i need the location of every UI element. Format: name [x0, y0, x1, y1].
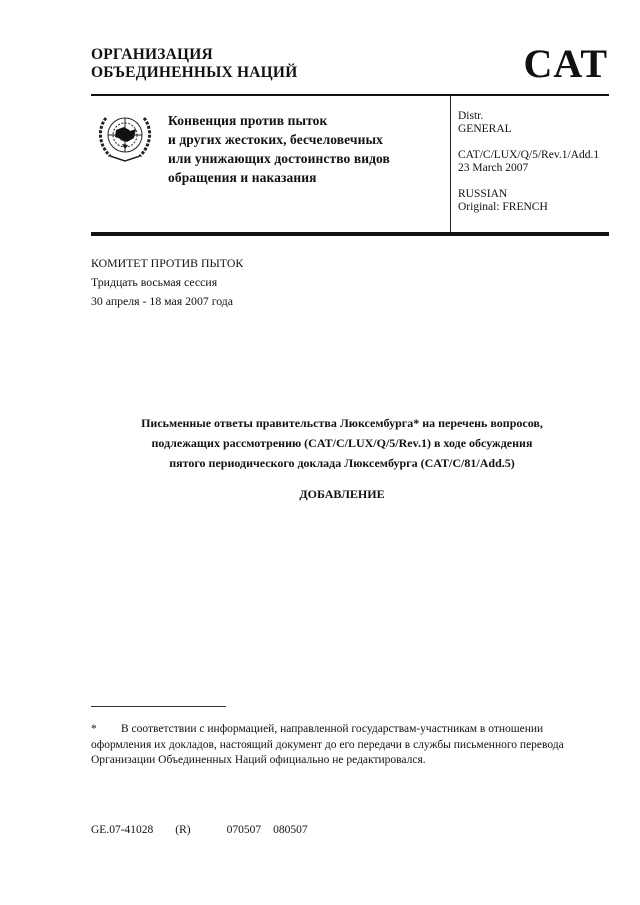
distribution-group: Distr. GENERAL: [458, 110, 599, 136]
header-column-divider: [450, 96, 451, 233]
document-symbol: CAT/C/LUX/Q/5/Rev.1/Add.1: [458, 149, 599, 162]
un-emblem-icon: [94, 108, 156, 164]
symbol-date-group: CAT/C/LUX/Q/5/Rev.1/Add.1 23 March 2007: [458, 149, 599, 175]
document-series-symbol: CAT: [524, 42, 608, 86]
document-title: Письменные ответы правительства Люксембу…: [91, 413, 593, 473]
footnote-marker: *: [91, 722, 121, 738]
language-group: RUSSIAN Original: FRENCH: [458, 188, 599, 214]
job-number: GE.07-41028: [91, 824, 153, 836]
committee-info: КОМИТЕТ ПРОТИВ ПЫТОК Тридцать восьмая се…: [91, 254, 243, 311]
organization-line-2: ОБЪЕДИНЕННЫХ НАЦИЙ: [91, 64, 297, 82]
distr-label: Distr.: [458, 110, 599, 123]
convention-line: Конвенция против пыток: [168, 111, 390, 130]
organization-name: ОРГАНИЗАЦИЯ ОБЪЕДИНЕННЫХ НАЦИЙ: [91, 46, 297, 82]
document-date: 23 March 2007: [458, 162, 599, 175]
convention-line: обращения и наказания: [168, 168, 390, 187]
convention-line: и других жестоких, бесчеловечных: [168, 130, 390, 149]
date-code-1: 070507: [227, 824, 262, 836]
footnote: *В соответствии с информацией, направлен…: [91, 722, 591, 769]
organization-line-1: ОРГАНИЗАЦИЯ: [91, 46, 297, 64]
committee-name: КОМИТЕТ ПРОТИВ ПЫТОК: [91, 254, 243, 273]
title-line: подлежащих рассмотрению (CAT/C/LUX/Q/5/R…: [91, 433, 593, 453]
job-number-line: GE.07-41028(R)070507080507: [91, 823, 330, 837]
session-name: Тридцать восьмая сессия: [91, 273, 243, 292]
footnote-separator: [91, 706, 226, 707]
header-bottom-rule: [91, 232, 609, 236]
original-language: Original: FRENCH: [458, 201, 599, 214]
session-dates: 30 апреля - 18 мая 2007 года: [91, 292, 243, 311]
title-line: Письменные ответы правительства Люксембу…: [91, 413, 593, 433]
date-code-2: 080507: [273, 824, 308, 836]
addendum-heading: ДОБАВЛЕНИЕ: [91, 486, 593, 502]
header-top-rule: [91, 94, 609, 96]
language-code: (R): [175, 824, 190, 836]
document-language: RUSSIAN: [458, 188, 599, 201]
document-metadata: Distr. GENERAL CAT/C/LUX/Q/5/Rev.1/Add.1…: [458, 110, 599, 227]
distr-value: GENERAL: [458, 123, 599, 136]
title-line: пятого периодического доклада Люксембург…: [91, 453, 593, 473]
convention-line: или унижающих достоинство видов: [168, 149, 390, 168]
convention-title: Конвенция против пыток и других жестоких…: [168, 111, 390, 187]
footnote-text: В соответствии с информацией, направленн…: [91, 723, 564, 766]
